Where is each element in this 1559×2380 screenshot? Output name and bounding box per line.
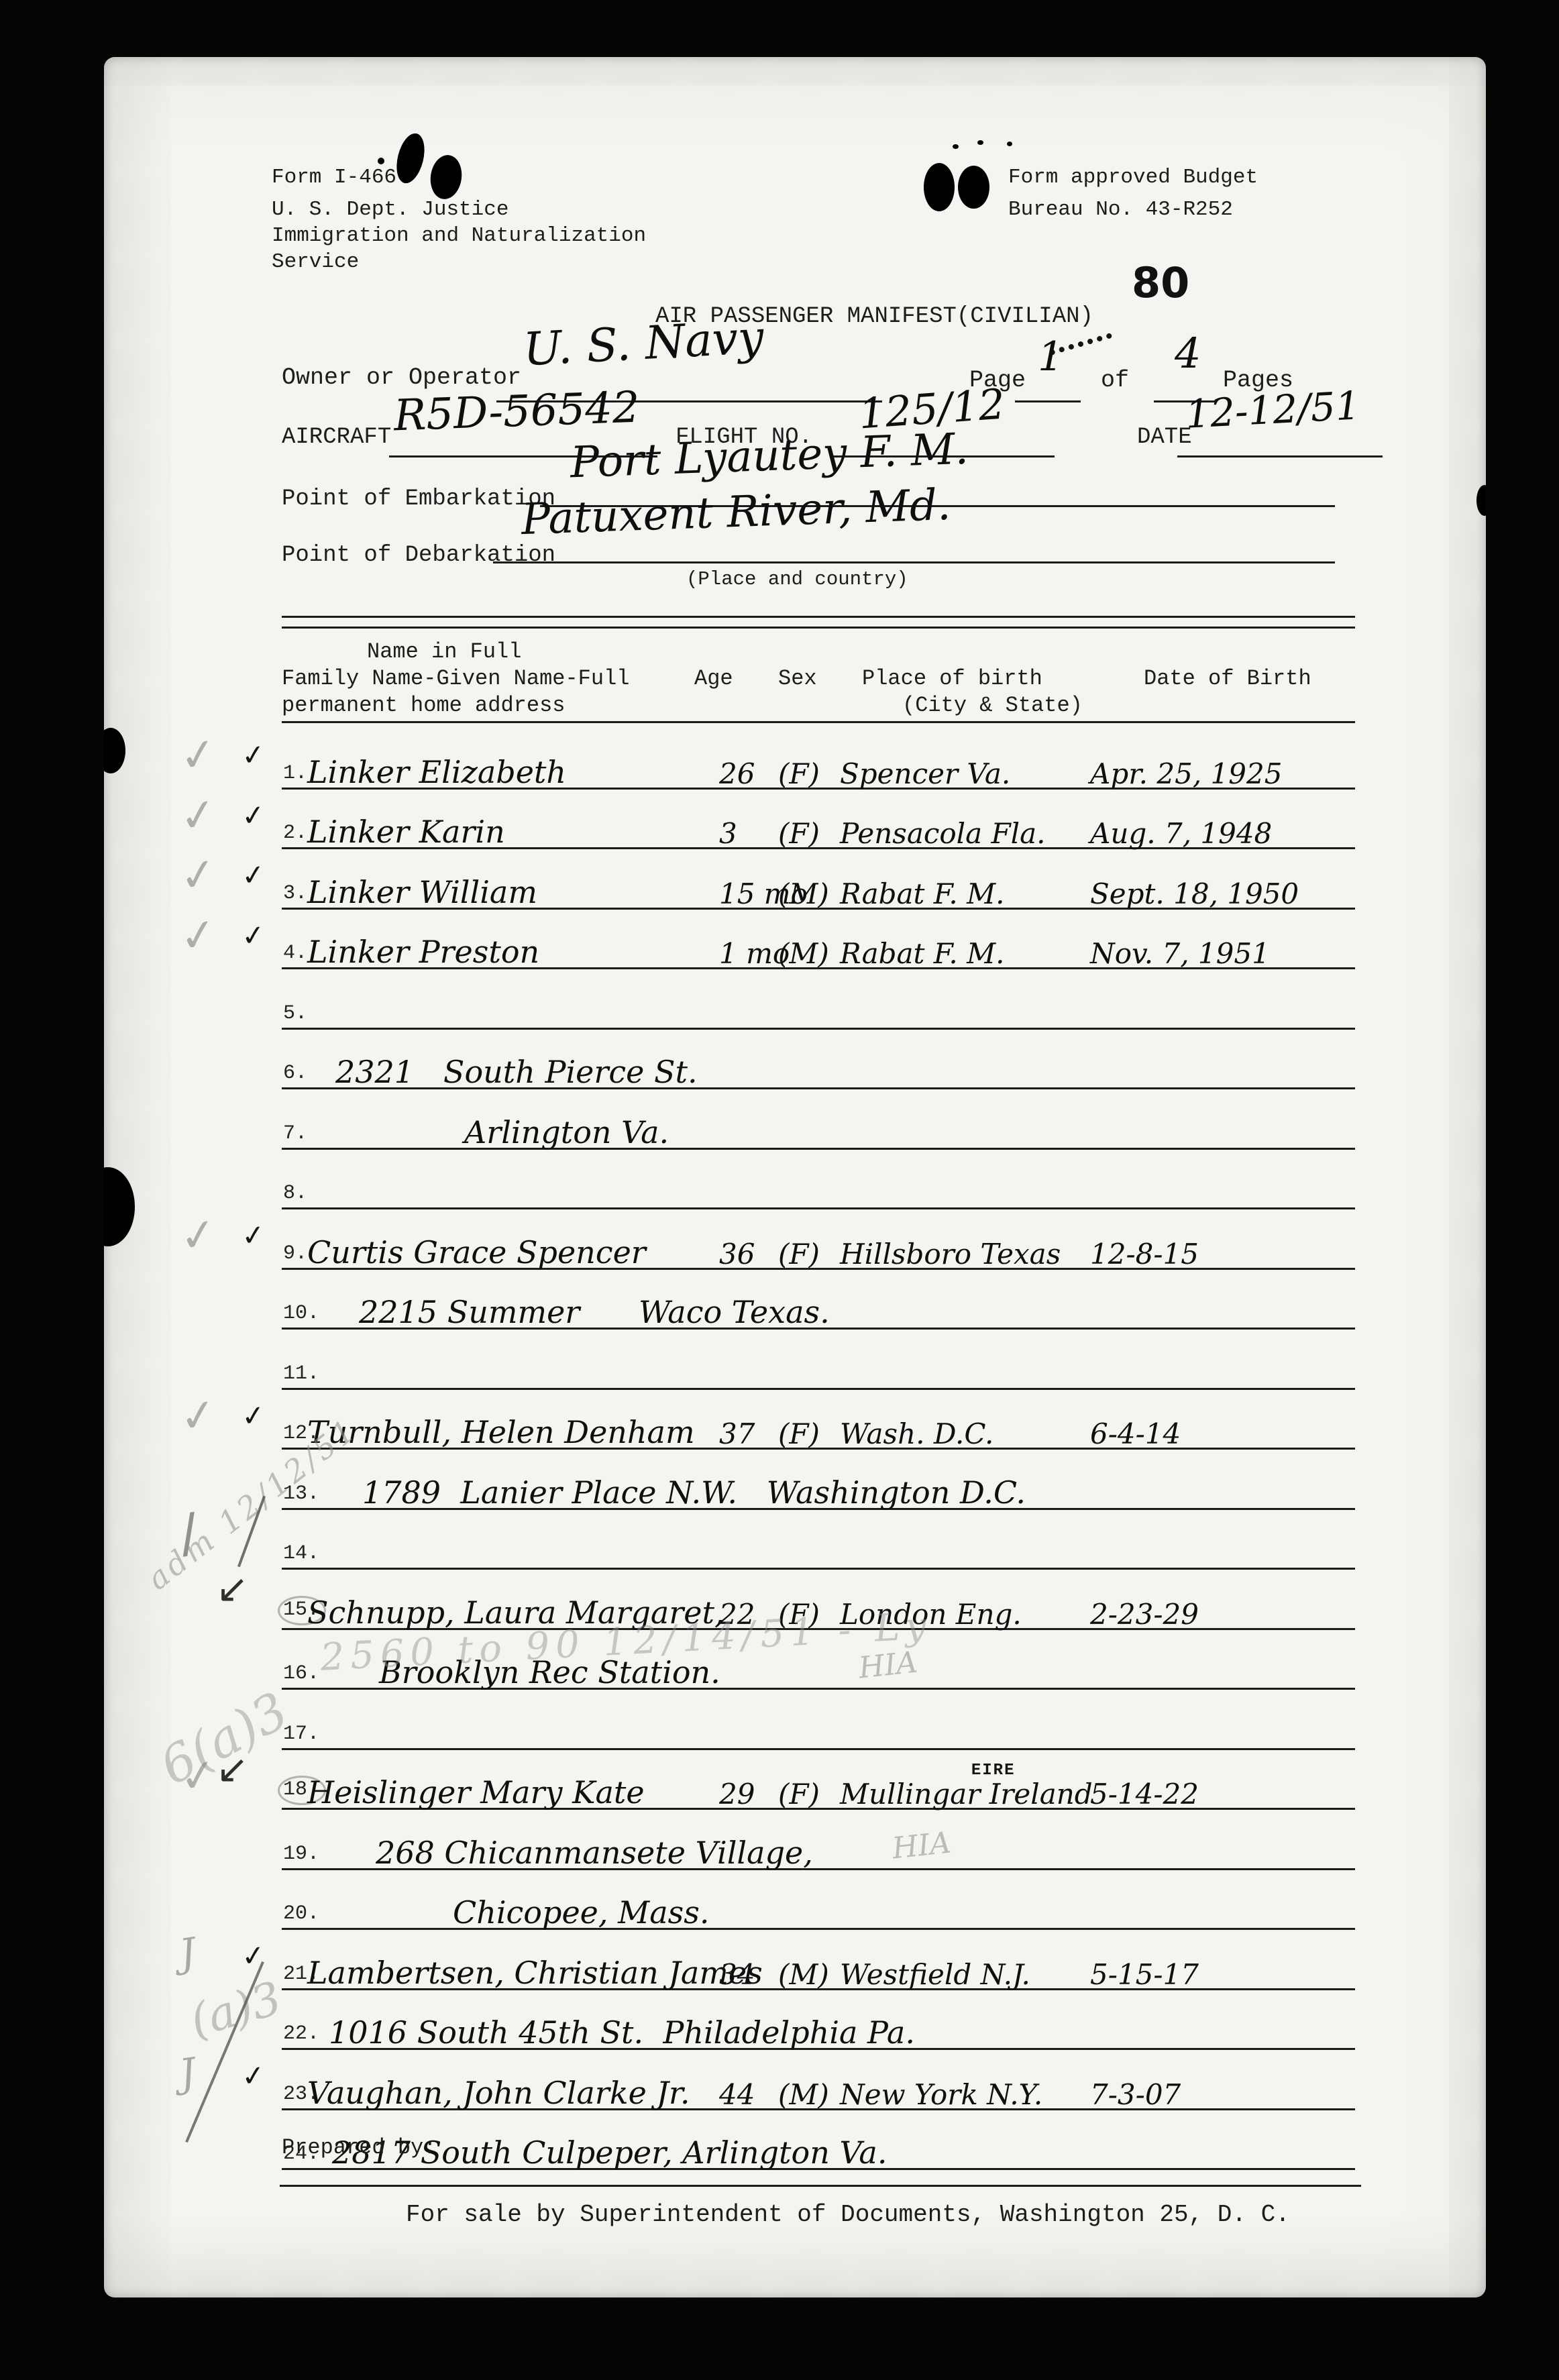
passenger-birthplace: Spencer Va. [840,757,1010,790]
home-address: 2215 Summer Waco Texas. [359,1294,830,1330]
passenger-age: 34 [719,1958,755,1991]
hole-punch-icon [104,728,125,773]
passenger-birthplace: Rabat F. M. [840,937,1004,970]
owner-operator-label: Owner or Operator [282,364,521,391]
embarkation-label: Point of Embarkation [282,486,555,512]
row-number: 10. [283,1302,319,1325]
table-row: ✓✓3.Linker William15 mo(M)Rabat F. M.Sep… [282,849,1355,910]
table-row: 7.Arlington Va. [282,1089,1355,1150]
scanned-document-screen: Form I-466 U. S. Dept. Justice Immigrati… [0,0,1559,2380]
owner-operator-value: U. S. Navy [522,311,765,377]
passenger-birthplace: Pensacola Fla. [840,817,1045,850]
ink-check-icon: ✓ [240,857,267,892]
of-label: of [1101,367,1129,394]
date-underline [1177,455,1383,457]
passenger-age: 37 [719,1417,755,1450]
ink-check-icon: ✓ [240,918,267,953]
row-number: 11. [283,1362,319,1385]
row-number: 19. [283,1843,319,1865]
passenger-age: 3 [719,817,737,850]
hole-punch-icon [104,1167,135,1246]
ink-blob-icon [392,131,429,186]
passenger-dob: Nov. 7, 1951 [1090,937,1270,970]
table-row: ✓✓1.Linker Elizabeth26(F)Spencer Va.Apr.… [282,729,1355,790]
eire-annotation: EIRE [971,1762,1016,1780]
edge-notch-icon [1476,485,1486,516]
sale-note: For sale by Superintendent of Documents,… [406,2201,1290,2228]
ink-speck-icon [1007,142,1012,146]
header-city-state: (City & State) [902,693,1083,718]
pencil-note: HIA [857,1645,919,1686]
home-address: Chicopee, Mass. [453,1894,710,1931]
passenger-dob: Aug. 7, 1948 [1090,817,1272,850]
passenger-dob: 7-3-07 [1090,2078,1181,2111]
row-number: 16. [283,1662,319,1685]
passenger-name: Linker Elizabeth [307,754,566,790]
aircraft-label: AIRCRAFT [282,425,391,450]
row-number: 22. [283,2022,319,2045]
table-header-rule [282,721,1355,723]
table-row: 24.2817 South Culpeper, Arlington Va. [282,2110,1355,2171]
passenger-sex: (M) [778,877,829,910]
row-number: 14. [283,1542,319,1565]
approval-line: Form approved Budget [1008,166,1258,189]
header-home-address: permanent home address [282,693,565,718]
pencil-check-icon: ✓ [176,907,220,963]
passenger-sex: (M) [778,1958,829,1991]
passenger-dob: Sept. 18, 1950 [1090,877,1299,910]
ink-speck-icon [977,140,983,145]
passenger-birthplace: Westfield N.J. [840,1958,1030,1991]
passenger-name: Turnbull, Helen Denham [307,1414,695,1450]
debarkation-label: Point of Debarkation [282,543,555,568]
debarkation-value: Patuxent River, Md. [521,480,952,545]
row-number: 5. [283,1002,307,1025]
ink-check-icon: ✓ [240,1218,267,1252]
passenger-age: 26 [719,757,755,790]
table-row: J✓21.Lambertsen, Christian James34(M)Wes… [282,1930,1355,1990]
passenger-birthplace: Wash. D.C. [840,1417,993,1450]
table-row: J✓23.Vaughan, John Clarke Jr.44(M)New Yo… [282,2050,1355,2110]
passenger-dob: 12-8-15 [1090,1238,1199,1270]
form-number: Form I-466 [272,166,396,189]
table-row: ✓✓12.Turnbull, Helen Denham37(F)Wash. D.… [282,1390,1355,1450]
pencil-mark-icon: J [176,1929,199,1977]
passenger-sex: (F) [778,1778,820,1810]
header-name-in-full: Name in Full [367,639,521,664]
passenger-dob: 2-23-29 [1090,1598,1199,1631]
ink-check-icon: ✓ [240,1398,267,1433]
passenger-birthplace: Mullingar IrelandEIRE [840,1778,1093,1810]
row-number: 4. [283,942,307,965]
row-number: 2. [283,822,307,845]
margin-pencil-note: (a)3 [184,1972,287,2049]
ink-blob-icon [924,163,955,211]
page-number-stamp: 80 [1132,258,1189,307]
agency-line: Immigration and Naturalization [272,224,646,248]
debarkation-underline [493,561,1335,563]
agency-line: U. S. Dept. Justice [272,198,508,221]
table-row: 11. [282,1330,1355,1390]
home-address: 2321 South Pierce St. [335,1054,698,1090]
passenger-birthplace: New York N.Y. [840,2078,1042,2111]
row-number: 20. [283,1902,319,1925]
passenger-dob: 6-4-14 [1090,1417,1181,1450]
table-row: 5. [282,969,1355,1030]
home-address: 1789 Lanier Place N.W. Washington D.C. [362,1474,1026,1511]
home-address: 268 Chicanmansete Village, [376,1835,813,1871]
passenger-name: Heislinger Mary Kate [307,1774,645,1810]
header-age: Age [694,666,733,691]
passenger-age: 29 [719,1778,755,1810]
manifest-page: Form I-466 U. S. Dept. Justice Immigrati… [104,57,1486,2297]
passenger-sex: (M) [778,937,829,970]
passenger-sex: (F) [778,817,820,850]
passenger-name: Linker Karin [307,814,505,850]
ink-check-icon: ✓ [240,737,267,772]
home-address: Arlington Va. [464,1114,669,1150]
passenger-sex: (M) [778,2078,829,2111]
ink-check-icon: ✓ [240,2058,267,2093]
pencil-check-icon: ✓ [176,1207,220,1264]
ink-speck-icon [953,144,959,149]
passenger-sex: (F) [778,1417,820,1450]
passenger-dob: 5-15-17 [1090,1958,1199,1991]
row-number: 1. [283,762,307,785]
pages-value: 4 [1175,329,1201,378]
page-underline [1015,400,1081,402]
table-row: 6.2321 South Pierce St. [282,1030,1355,1090]
ink-speck-icon [378,158,384,164]
table-top-rule [282,616,1355,618]
pencil-mark-icon: J [176,2049,199,2097]
page-value: 1 [1038,333,1063,380]
approval-line: Bureau No. 43-R252 [1008,198,1233,221]
row-number: 8. [283,1182,307,1205]
passenger-sex: (F) [778,1238,820,1270]
passenger-dob: 5-14-22 [1090,1778,1199,1810]
header-place-of-birth: Place of birth [862,666,1042,691]
header-family-name: Family Name-Given Name-Full [282,666,629,691]
passenger-rows: ✓✓1.Linker Elizabeth26(F)Spencer Va.Apr.… [282,729,1355,2170]
row-number: 6. [283,1062,307,1085]
table-row: ✓✓9.Curtis Grace Spencer36(F)Hillsboro T… [282,1209,1355,1270]
row-number: 3. [283,882,307,905]
passenger-name: Linker William [307,874,537,910]
pencil-check-icon: ✓ [176,847,220,904]
pencil-arrow-icon: ↙ [216,1566,249,1611]
table-row: 10.2215 Summer Waco Texas. [282,1270,1355,1330]
header-date-of-birth: Date of Birth [1144,666,1311,691]
table-row: 17. [282,1690,1355,1750]
ink-blob-icon [958,166,989,209]
passenger-birthplace: Hillsboro Texas [840,1238,1061,1270]
table-row: ✓✓4.Linker Preston1 mo(M)Rabat F. M.Nov.… [282,910,1355,970]
passenger-sex: (F) [778,757,820,790]
pencil-check-icon: ✓ [176,727,220,783]
passenger-age: 44 [719,2078,755,2111]
table-row: 22.1016 South 45th St. Philadelphia Pa. [282,1990,1355,2051]
passenger-name: Lambertsen, Christian James [307,1955,763,1991]
table-row: ✓↙18.Heislinger Mary Kate29(F)Mullingar … [282,1750,1355,1810]
home-address: 1016 South 45th St. Philadelphia Pa. [329,2014,915,2051]
table-row: 20.Chicopee, Mass. [282,1870,1355,1931]
table-row: 19.268 Chicanmansete Village,HIA [282,1810,1355,1870]
pencil-check-icon: ✓ [176,787,220,843]
header-sex: Sex [778,666,817,691]
table-row: /14. [282,1510,1355,1570]
table-top-rule [282,627,1355,629]
prepared-by-label: Prepared by: [282,2135,436,2160]
ink-check-icon: ✓ [240,798,267,832]
row-number: 7. [283,1122,307,1145]
passenger-name: Curtis Grace Spencer [307,1234,646,1270]
pencil-note: HIA [891,1825,953,1865]
passenger-name: Vaughan, John Clarke Jr. [307,2075,690,2111]
embarkation-value: Port Lyautey F. M. [570,425,969,488]
table-row: 13.1789 Lanier Place N.W. Washington D.C… [282,1450,1355,1510]
date-label: DATE [1137,425,1192,450]
table-row: ✓✓2.Linker Karin3(F)Pensacola Fla.Aug. 7… [282,790,1355,850]
agency-line: Service [272,250,359,274]
pencil-check-icon: ✓ [176,1387,220,1444]
row-number: 9. [283,1242,307,1265]
aircraft-value: R5D-56542 [393,383,641,441]
table-row: 8. [282,1150,1355,1210]
place-country-note: (Place and country) [686,568,908,590]
date-value: 12-12/51 [1184,382,1361,437]
passenger-dob: Apr. 25, 1925 [1090,757,1282,790]
footer-rule [280,2185,1361,2187]
ink-blob-icon [428,153,465,201]
passenger-age: 36 [719,1238,755,1270]
passenger-name: Linker Preston [307,934,539,970]
passenger-birthplace: Rabat F. M. [840,877,1004,910]
ink-check-icon: ✓ [240,1938,267,1973]
